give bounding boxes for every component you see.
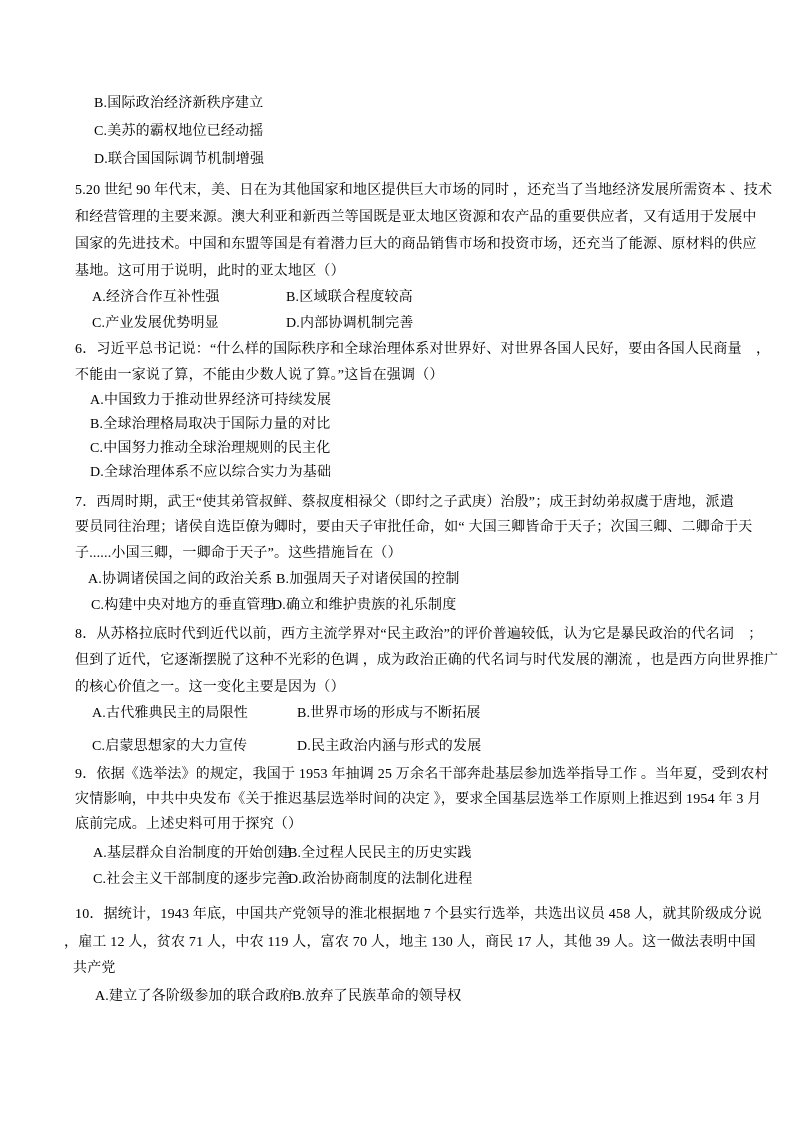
q7-option-row-cd: C.构建中央对地方的垂直管理D.确立和维护贵族的礼乐制度 <box>91 596 456 616</box>
q10-option-a: A.建立了各阶级参加的联合政府 <box>95 987 292 1007</box>
q5-stem-line-4: 基地。这可用于说明，此时的亚太地区（） <box>75 262 345 282</box>
q5-option-b: B.区域联合程度较高 <box>286 290 413 305</box>
q5-option-row-ab: A.经济合作互补性强B.区域联合程度较高 <box>92 288 413 308</box>
q8-option-b: B.世界市场的形成与不断拓展 <box>297 706 481 721</box>
q5-option-a: A.经济合作互补性强 <box>92 288 286 308</box>
q9-stem-line-1: 9．依据《选举法》的规定，我国于 1953 年抽调 25 万余名干部奔赴基层参加… <box>75 765 769 785</box>
q7-option-b: B.加强周天子对诸侯国的控制 <box>276 572 460 587</box>
q5-option-c: C.产业发展优势明显 <box>92 314 286 334</box>
q7-stem-line-3: 子......小国三卿，一卿命于天子”。这些措施旨在（） <box>75 544 402 564</box>
q9-option-row-cd: C.社会主义干部制度的逐步完善D.政治协商制度的法制化进程 <box>93 870 472 890</box>
q9-option-row-ab: A.基层群众自治制度的开始创建B.全过程人民民主的历史实践 <box>93 844 472 864</box>
q6-option-d: D.全球治理体系不应以综合实力为基础 <box>90 463 331 483</box>
q5-stem-line-2: 和经营管理的主要来源。澳大利亚和新西兰等国既是亚太地区资源和农产品的重要供应者，… <box>75 208 757 228</box>
q9-option-b: B.全过程人民民主的历史实践 <box>288 846 472 861</box>
q9-option-a: A.基层群众自治制度的开始创建 <box>93 844 288 864</box>
q5-option-row-cd: C.产业发展优势明显D.内部协调机制完善 <box>92 314 414 334</box>
q6-option-b: B.全球治理格局取决于国际力量的对比 <box>90 415 330 435</box>
q5-stem-line-3: 国家的先进技术。中国和东盟等国是有着潜力巨大的商品销售市场和投资市场，还充当了能… <box>75 235 757 255</box>
q4-option-b: B.国际政治经济新秩序建立 <box>94 94 263 114</box>
q10-stem-line-3: 共产党 <box>73 959 116 979</box>
q9-stem-line-2: 灾情影响，中共中央发布《关于推迟基层选举时间的决定 》，要求全国基层选举工作原则… <box>75 790 762 810</box>
q6-stem-line-2: 不能由一家说了算，不能由少数人说了算。”这旨在强调（） <box>75 366 444 386</box>
q8-stem-line-3: 的核心价值之一。这一变化主要是因为（） <box>75 678 345 698</box>
q9-option-d: D.政治协商制度的法制化进程 <box>288 872 472 887</box>
q10-option-b: B.放弃了民族革命的领导权 <box>292 989 461 1004</box>
q8-option-row-cd: C.启蒙思想家的大力宣传D.民主政治内涵与形式的发展 <box>92 737 481 757</box>
q4-option-c: C.美苏的霸权地位已经动摇 <box>94 122 263 142</box>
exam-document-page: B.国际政治经济新秩序建立 C.美苏的霸权地位已经动摇 D.联合国国际调节机制增… <box>0 0 793 1121</box>
q9-option-c: C.社会主义干部制度的逐步完善 <box>93 870 288 890</box>
q7-stem-line-1: 7．西周时期，武王“使其弟管叔鲜、蔡叔度相禄父（即纣之子武庚）治殷”；成王封幼弟… <box>75 493 734 513</box>
q6-stem-line-1: 6．习近平总书记说：“什么样的国际秩序和全球治理体系对世界好、对世界各国人民好，… <box>75 340 770 360</box>
q6-option-c: C.中国努力推动全球治理规则的民主化 <box>90 439 330 459</box>
q7-option-c: C.构建中央对地方的垂直管理 <box>91 596 272 616</box>
q8-option-d: D.民主政治内涵与形式的发展 <box>297 739 481 754</box>
q8-option-row-ab: A.古代雅典民主的局限性B.世界市场的形成与不断拓展 <box>92 704 481 724</box>
q8-option-a: A.古代雅典民主的局限性 <box>92 704 297 724</box>
q10-stem-line-2: ，雇工 12 人，贫农 71 人，中农 119 人，富农 70 人，地主 130… <box>64 933 756 953</box>
q7-option-d: D.确立和维护贵族的礼乐制度 <box>272 598 456 613</box>
q6-option-a: A.中国致力于推动世界经济可持续发展 <box>90 391 331 411</box>
q4-option-d: D.联合国国际调节机制增强 <box>94 150 264 170</box>
q7-option-a: A.协调诸侯国之间的政治关系 <box>88 570 276 590</box>
q10-option-row-ab: A.建立了各阶级参加的联合政府B.放弃了民族革命的领导权 <box>95 987 461 1007</box>
q9-stem-line-3: 底前完成。上述史料可用于探究（） <box>75 815 302 835</box>
q8-option-c: C.启蒙思想家的大力宣传 <box>92 737 297 757</box>
q7-option-row-ab: A.协调诸侯国之间的政治关系B.加强周天子对诸侯国的控制 <box>88 570 460 590</box>
q8-stem-line-1: 8．从苏格拉底时代到近代以前，西方主流学界对“民主政治”的评价普遍较低，认为它是… <box>75 625 762 645</box>
q5-option-d: D.内部协调机制完善 <box>286 316 414 331</box>
q5-stem-line-1: 5.20 世纪 90 年代末，美、日在为其他国家和地区提供巨大市场的同时 ，还充… <box>75 181 772 201</box>
q7-stem-line-2: 要员同往治理；诸侯自选臣僚为卿时，要由天子审批任命，如“ 大国三卿皆命于天子；次… <box>75 518 753 538</box>
q8-stem-line-2: 但到了近代，它逐渐摆脱了这种不光彩的色调 ，成为政治正确的代名词与时代发展的潮流… <box>75 651 778 671</box>
q10-stem-line-1: 10．据统计，1943 年底，中国共产党领导的淮北根据地 7 个县实行选举，共选… <box>75 905 762 925</box>
